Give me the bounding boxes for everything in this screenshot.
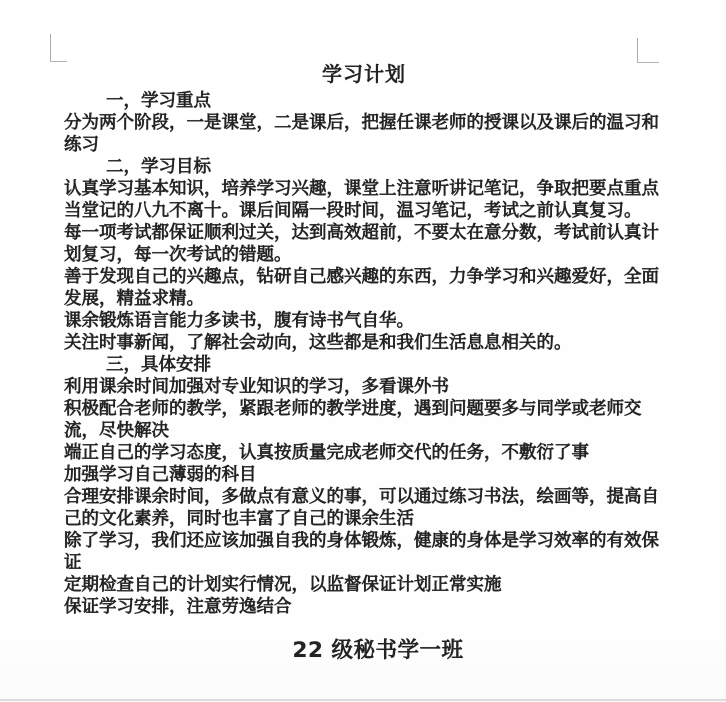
document-body: 一，学习重点分为两个阶段，一是课堂，二是课后，把握任课老师的授课以及课后的温习和… <box>64 90 664 618</box>
section-heading: 一，学习重点 <box>64 90 664 112</box>
paragraph: 积极配合老师的教学，紧跟老师的教学进度，遇到问题要多与同学或老师交流，尽快解决 <box>64 398 664 442</box>
paragraph: 关注时事新闻，了解社会动向，这些都是和我们生活息息相关的。 <box>64 332 664 354</box>
paragraph: 每一项考试都保证顺利过关，达到高效超前，不要太在意分数，考试前认真计划复习，每一… <box>64 222 664 266</box>
paragraph: 分为两个阶段，一是课堂，二是课后，把握任课老师的授课以及课后的温习和练习 <box>64 112 664 156</box>
document-photo: 学习计划 一，学习重点分为两个阶段，一是课堂，二是课后，把握任课老师的授课以及课… <box>0 0 726 702</box>
paragraph: 利用课余时间加强对专业知识的学习，多看课外书 <box>64 376 664 398</box>
paragraph: 合理安排课余时间，多做点有意义的事，可以通过练习书法，绘画等，提高自己的文化素养… <box>64 486 664 530</box>
paragraph: 定期检查自己的计划实行情况，以监督保证计划正常实施 <box>64 574 664 596</box>
paragraph: 保证学习安排，注意劳逸结合 <box>64 596 664 618</box>
photo-bottom-edge <box>0 699 726 701</box>
section-heading: 三，具体安排 <box>64 354 664 376</box>
document-title: 学习计划 <box>64 58 664 87</box>
paragraph: 除了学习，我们还应该加强自我的身体锻炼，健康的身体是学习效率的有效保证 <box>64 530 664 574</box>
paragraph: 善于发现自己的兴趣点，钻研自己感兴趣的东西，力争学习和兴趣爱好，全面发展，精益求… <box>64 266 664 310</box>
paragraph: 课余锻炼语言能力多读书，腹有诗书气自华。 <box>64 310 664 332</box>
paragraph: 端正自己的学习态度，认真按质量完成老师交代的任务，不敷衍了事 <box>64 442 664 464</box>
signature-line: 22 级秘书学一班 <box>78 633 678 664</box>
paragraph: 认真学习基本知识，培养学习兴趣，课堂上注意听讲记笔记，争取把要点重点当堂记的八九… <box>64 178 664 222</box>
document-page: 学习计划 一，学习重点分为两个阶段，一是课堂，二是课后，把握任课老师的授课以及课… <box>64 58 664 664</box>
paragraph: 加强学习自己薄弱的科目 <box>64 464 664 486</box>
section-heading: 二，学习目标 <box>64 156 664 178</box>
